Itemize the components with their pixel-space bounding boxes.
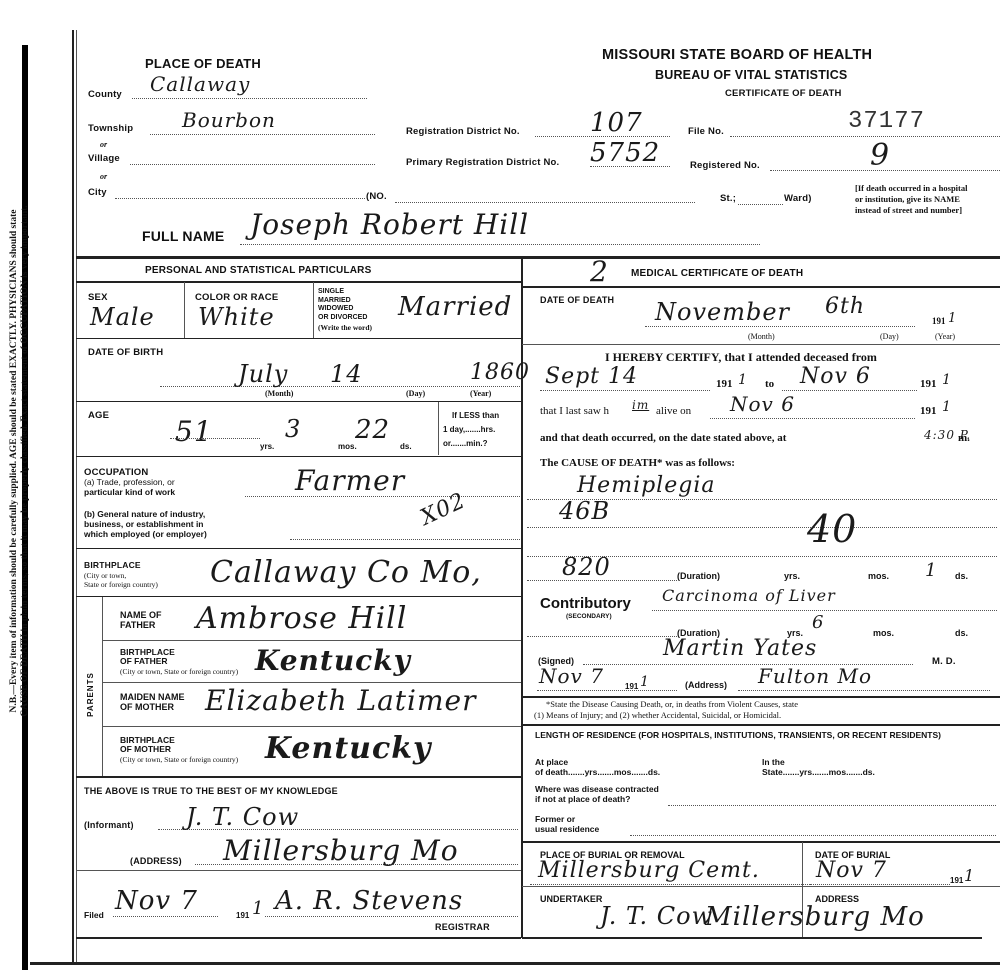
- less-than-2[interactable]: 1 day,.......hrs.: [443, 425, 495, 434]
- contributory-value: Carcinoma of Liver: [662, 586, 836, 605]
- footnote-line-1: *State the Disease Causing Death, or, in…: [546, 699, 798, 709]
- race-value[interactable]: White: [198, 303, 275, 331]
- from-year-prefix: 191: [716, 378, 733, 390]
- contracted-field[interactable]: [668, 795, 996, 806]
- street-field[interactable]: [395, 188, 695, 203]
- divider: [522, 286, 1000, 288]
- informant-address-field[interactable]: Millersburg Mo: [195, 838, 518, 865]
- father-bp-hint: (City or town, State or foreign country): [120, 667, 238, 676]
- former-residence-field[interactable]: [630, 825, 996, 836]
- margin-line-1: CAUSE OF DEATH in plain terms, so that i…: [20, 31, 31, 891]
- undertaker-label: UNDERTAKER: [540, 895, 602, 904]
- attended-to-field[interactable]: Nov 6: [782, 368, 917, 391]
- father-bp-value[interactable]: Kentucky: [255, 644, 411, 677]
- divider: [522, 696, 1000, 698]
- occupation-field[interactable]: Farmer: [245, 470, 520, 497]
- footnote-line-2: (1) Means of Injury; and (2) whether Acc…: [534, 710, 781, 720]
- primary-district-value: 5752: [590, 138, 660, 168]
- last-saw-text-1: that I last saw h: [540, 405, 609, 417]
- hospital-note: [If death occurred in a hospital or inst…: [855, 183, 975, 216]
- filed-year-value: 1: [252, 898, 264, 919]
- informant-address-value: Millersburg Mo: [223, 834, 459, 867]
- full-name-value: Joseph Robert Hill: [250, 208, 529, 241]
- ds-caption: ds.: [400, 442, 412, 451]
- form-left-border-inner: [76, 30, 77, 965]
- signed-date-field[interactable]: Nov 7: [537, 668, 677, 691]
- township-field[interactable]: Bourbon: [150, 106, 375, 135]
- divider: [522, 344, 1000, 345]
- city-field[interactable]: [115, 184, 365, 199]
- secondary-label: (SECONDARY): [566, 612, 612, 621]
- dob-year: 1860: [470, 360, 530, 385]
- md-label: M. D.: [932, 656, 956, 667]
- burial-place-value: Millersburg Cemt.: [538, 858, 760, 883]
- divider: [76, 401, 521, 402]
- occupation-b-line2: business, or establishment in: [84, 520, 204, 529]
- registrar-signature-field[interactable]: A. R. Stevens: [265, 890, 518, 917]
- duration-ds-caption: ds.: [955, 572, 968, 581]
- divider: [102, 682, 521, 683]
- place-of-death-title: PLACE OF DEATH: [145, 56, 261, 71]
- informant-value: J. T. Cow: [186, 803, 299, 831]
- dod-year-caption: (Year): [935, 332, 955, 341]
- industry-field[interactable]: [290, 525, 520, 540]
- contracted-label-1: Where was disease contracted: [535, 785, 659, 794]
- marital-value[interactable]: Married: [398, 292, 512, 322]
- last-saw-value: Nov 6: [730, 392, 795, 416]
- divider: [522, 886, 1000, 887]
- parents-side-label: PARENTS: [86, 672, 95, 717]
- dob-year-caption: (Year): [470, 389, 491, 398]
- sex-value[interactable]: Male: [90, 303, 155, 331]
- occupation-a-line2: particular kind of work: [84, 488, 175, 497]
- to-label: to: [765, 378, 774, 390]
- mother-bp-value[interactable]: Kentucky: [265, 731, 431, 766]
- attended-from-value: Sept 14: [545, 364, 638, 389]
- divider: [76, 937, 521, 939]
- divider: [76, 776, 521, 778]
- burial-year-prefix: 191: [950, 876, 963, 885]
- form-bottom-border: [30, 962, 1000, 965]
- occurred-text: and that death occurred, on the date sta…: [540, 432, 786, 444]
- from-year: 1: [738, 372, 748, 388]
- contracted-label-2: if not at place of death?: [535, 795, 630, 804]
- last-saw-year-prefix: 191: [920, 405, 937, 417]
- father-bp-label-2: OF FATHER: [120, 657, 168, 666]
- margin-instructions: N.B.—Every item of information should be…: [9, 31, 31, 891]
- occupation-value: Farmer: [295, 464, 405, 497]
- filed-label: Filed: [84, 911, 104, 920]
- signed-year: 1: [640, 674, 650, 690]
- less-than-3[interactable]: or.......min.?: [443, 439, 487, 448]
- birthplace-value[interactable]: Callaway Co Mo,: [210, 555, 482, 590]
- last-saw-him: im: [632, 398, 649, 412]
- duration-line: [527, 570, 677, 581]
- time-suffix: m.: [958, 432, 970, 444]
- ward-label: Ward): [784, 193, 812, 204]
- physician-signature-field[interactable]: Martin Yates: [583, 640, 913, 665]
- mother-bp-hint: (City or town, State or foreign country): [120, 755, 238, 764]
- filed-date-value: Nov 7: [115, 886, 198, 916]
- registered-no-value: 9: [870, 138, 890, 173]
- divider: [102, 640, 521, 641]
- certificate-title: CERTIFICATE OF DEATH: [725, 88, 842, 99]
- registration-district-label: Registration District No.: [406, 126, 520, 137]
- physician-signature: Martin Yates: [663, 636, 817, 661]
- in-state-label-2[interactable]: State.......yrs.......mos.......ds.: [762, 768, 875, 777]
- undertaker-address-value[interactable]: Millersburg Mo: [705, 902, 925, 932]
- form-left-border: [72, 30, 74, 965]
- divider: [313, 282, 314, 338]
- dob-day-caption: (Day): [406, 389, 425, 398]
- bureau-title: BUREAU OF VITAL STATISTICS: [655, 68, 847, 82]
- dob-field[interactable]: July 14 1860: [160, 360, 520, 387]
- filed-year-prefix: 191: [236, 911, 249, 920]
- cause-code-1: 46B: [559, 497, 610, 525]
- last-saw-text-2: alive on: [656, 405, 691, 417]
- duration-label: (Duration): [677, 572, 720, 581]
- divider: [184, 282, 185, 338]
- village-label: Village: [88, 153, 120, 164]
- registered-no-field[interactable]: 9: [770, 142, 1000, 171]
- dod-label: DATE OF DEATH: [540, 295, 614, 305]
- last-saw-field[interactable]: Nov 6: [710, 396, 915, 419]
- father-name-label-2: FATHER: [120, 620, 155, 630]
- last-saw-year: 1: [942, 399, 952, 415]
- divider: [76, 456, 521, 457]
- primary-district-label: Primary Registration District No.: [406, 157, 559, 168]
- village-field[interactable]: [130, 150, 375, 165]
- contributory-label: Contributory: [540, 595, 631, 612]
- cause-value: Hemiplegia: [577, 473, 715, 498]
- burial-place-field[interactable]: Millersburg Cemt.: [530, 862, 810, 885]
- signed-year-prefix: 191: [625, 682, 638, 691]
- burial-year: 1: [964, 866, 975, 885]
- divider: [438, 402, 439, 455]
- filed-date-field[interactable]: Nov 7: [113, 890, 218, 917]
- signed-date-value: Nov 7: [539, 664, 604, 688]
- dod-field[interactable]: November 6th: [645, 300, 915, 327]
- mos-caption: mos.: [338, 442, 357, 451]
- age-years-line: [170, 438, 260, 439]
- informant-label: (Informant): [84, 820, 134, 830]
- or-label-1: or: [100, 140, 107, 149]
- section-number-mark: 2: [590, 255, 609, 288]
- st-label: St.;: [720, 193, 736, 204]
- to-year-prefix: 191: [920, 378, 937, 390]
- board-title: MISSOURI STATE BOARD OF HEALTH: [602, 47, 872, 63]
- registration-district-field[interactable]: 107: [535, 108, 670, 137]
- medical-section-title: MEDICAL CERTIFICATE OF DEATH: [631, 268, 803, 279]
- at-place-label-1: At place: [535, 758, 568, 767]
- file-no-label: File No.: [688, 126, 724, 137]
- registrar-signature: A. R. Stevens: [275, 886, 463, 916]
- informant-field[interactable]: J. T. Cow: [158, 805, 518, 830]
- occupation-a-line1: (a) Trade, profession, or: [84, 478, 175, 487]
- former-residence-label-1: Former or: [535, 815, 575, 824]
- duration-mos-caption: mos.: [868, 572, 889, 581]
- parents-divider: [102, 597, 103, 777]
- township-value: Bourbon: [182, 108, 276, 132]
- physician-address-value: Fulton Mo: [758, 664, 872, 688]
- duration-yrs-caption: yrs.: [784, 572, 800, 581]
- yrs-caption: yrs.: [260, 442, 274, 451]
- age-days-value[interactable]: 22: [355, 415, 390, 445]
- dod-year: 1: [948, 311, 957, 326]
- age-label: AGE: [88, 410, 109, 421]
- mother-name-value[interactable]: Elizabeth Latimer: [205, 684, 476, 717]
- registration-district-value: 107: [590, 108, 643, 138]
- dob-label: DATE OF BIRTH: [88, 347, 163, 358]
- duration-2-value[interactable]: 6: [812, 612, 824, 633]
- dob-month-caption: (Month): [265, 389, 293, 398]
- primary-district-field[interactable]: 5752: [590, 138, 670, 167]
- duration-2-mos-caption: mos.: [873, 629, 894, 638]
- occupation-b-line1: (b) General nature of industry,: [84, 510, 205, 519]
- cause-intro: The CAUSE OF DEATH* was as follows:: [540, 457, 735, 469]
- divider: [522, 724, 1000, 726]
- sex-label: SEX: [88, 292, 108, 303]
- registrar-label: REGISTRAR: [435, 922, 490, 932]
- duration-value[interactable]: 1: [925, 560, 937, 581]
- burial-date-field[interactable]: Nov 7: [810, 862, 950, 885]
- full-name-label: FULL NAME: [142, 228, 224, 244]
- marital-options: SINGLE MARRIED WIDOWED OR DIVORCED: [318, 288, 367, 322]
- attended-from-field[interactable]: Sept 14: [540, 368, 710, 391]
- burial-date-value: Nov 7: [816, 858, 887, 883]
- registered-no-label: Registered No.: [690, 160, 760, 171]
- father-name-label-1: NAME OF: [120, 610, 162, 620]
- dob-day: 14: [330, 360, 363, 388]
- city-label: City: [88, 187, 107, 198]
- divider: [522, 841, 1000, 843]
- divider: [102, 726, 521, 727]
- divider: [76, 281, 521, 283]
- dod-month: November: [655, 298, 790, 326]
- birthplace-label: BIRTHPLACE: [84, 560, 141, 570]
- mother-name-label-1: MAIDEN NAME: [120, 692, 185, 702]
- divider: [76, 548, 521, 549]
- no-label: (NO.: [366, 191, 387, 202]
- or-label-2: or: [100, 172, 107, 181]
- divider: [522, 937, 982, 939]
- in-state-label-1: In the: [762, 758, 785, 767]
- residence-title: LENGTH OF RESIDENCE (FOR HOSPITALS, INST…: [535, 730, 975, 740]
- marital-hint: (Write the word): [318, 323, 372, 332]
- divider: [76, 870, 521, 871]
- birthplace-hint-1: (City or town,: [84, 571, 126, 580]
- certify-text: I HEREBY CERTIFY, that I attended deceas…: [605, 350, 877, 365]
- informant-address-label: (ADDRESS): [130, 856, 182, 866]
- file-no-value: 37177: [848, 108, 925, 135]
- age-months-value[interactable]: 3: [285, 415, 301, 443]
- mother-name-label-2: OF MOTHER: [120, 702, 174, 712]
- occupation-b-line3: which employed (or employer): [84, 530, 207, 539]
- physician-address-label: (Address): [685, 681, 727, 690]
- less-than-1: If LESS than: [452, 411, 499, 420]
- divider: [76, 596, 521, 597]
- margin-line-2: N.B.—Every item of information should be…: [9, 31, 20, 891]
- ward-field[interactable]: [738, 190, 783, 205]
- undertaker-value[interactable]: J. T. Cow: [600, 902, 713, 930]
- true-statement-label: THE ABOVE IS TRUE TO THE BEST OF MY KNOW…: [84, 786, 338, 796]
- former-residence-label-2: usual residence: [535, 825, 599, 834]
- duration-line: [527, 626, 677, 637]
- attended-to-value: Nov 6: [800, 364, 871, 389]
- township-label: Township: [88, 123, 133, 134]
- personal-section-title: PERSONAL AND STATISTICAL PARTICULARS: [145, 265, 371, 276]
- dod-day: 6th: [825, 294, 865, 319]
- contributory-field[interactable]: Carcinoma of Liver: [652, 588, 997, 611]
- header-divider: [76, 256, 1000, 259]
- county-field[interactable]: Callaway: [132, 70, 367, 99]
- cause-line-2[interactable]: 46B 40: [527, 503, 997, 528]
- county-value: Callaway: [150, 72, 250, 96]
- to-year: 1: [942, 372, 952, 388]
- county-label: County: [88, 89, 122, 100]
- mother-bp-label-2: OF MOTHER: [120, 745, 171, 754]
- race-label: COLOR OR RACE: [195, 292, 278, 303]
- at-place-label-2[interactable]: of death.......yrs.......mos.......ds.: [535, 768, 660, 777]
- duration-2-ds-caption: ds.: [955, 629, 968, 638]
- dod-day-caption: (Day): [880, 332, 899, 341]
- divider: [76, 338, 521, 339]
- physician-address-field[interactable]: Fulton Mo: [738, 668, 990, 691]
- file-no-field[interactable]: 37177: [730, 108, 1000, 137]
- birthplace-hint-2: State or foreign country): [84, 580, 158, 589]
- dob-month: July: [238, 360, 288, 388]
- full-name-field[interactable]: Joseph Robert Hill: [240, 208, 760, 245]
- dod-month-caption: (Month): [748, 332, 775, 341]
- age-years-value[interactable]: 51: [175, 415, 213, 448]
- dod-year-prefix: 191: [932, 316, 946, 326]
- father-name-value[interactable]: Ambrose Hill: [196, 601, 407, 636]
